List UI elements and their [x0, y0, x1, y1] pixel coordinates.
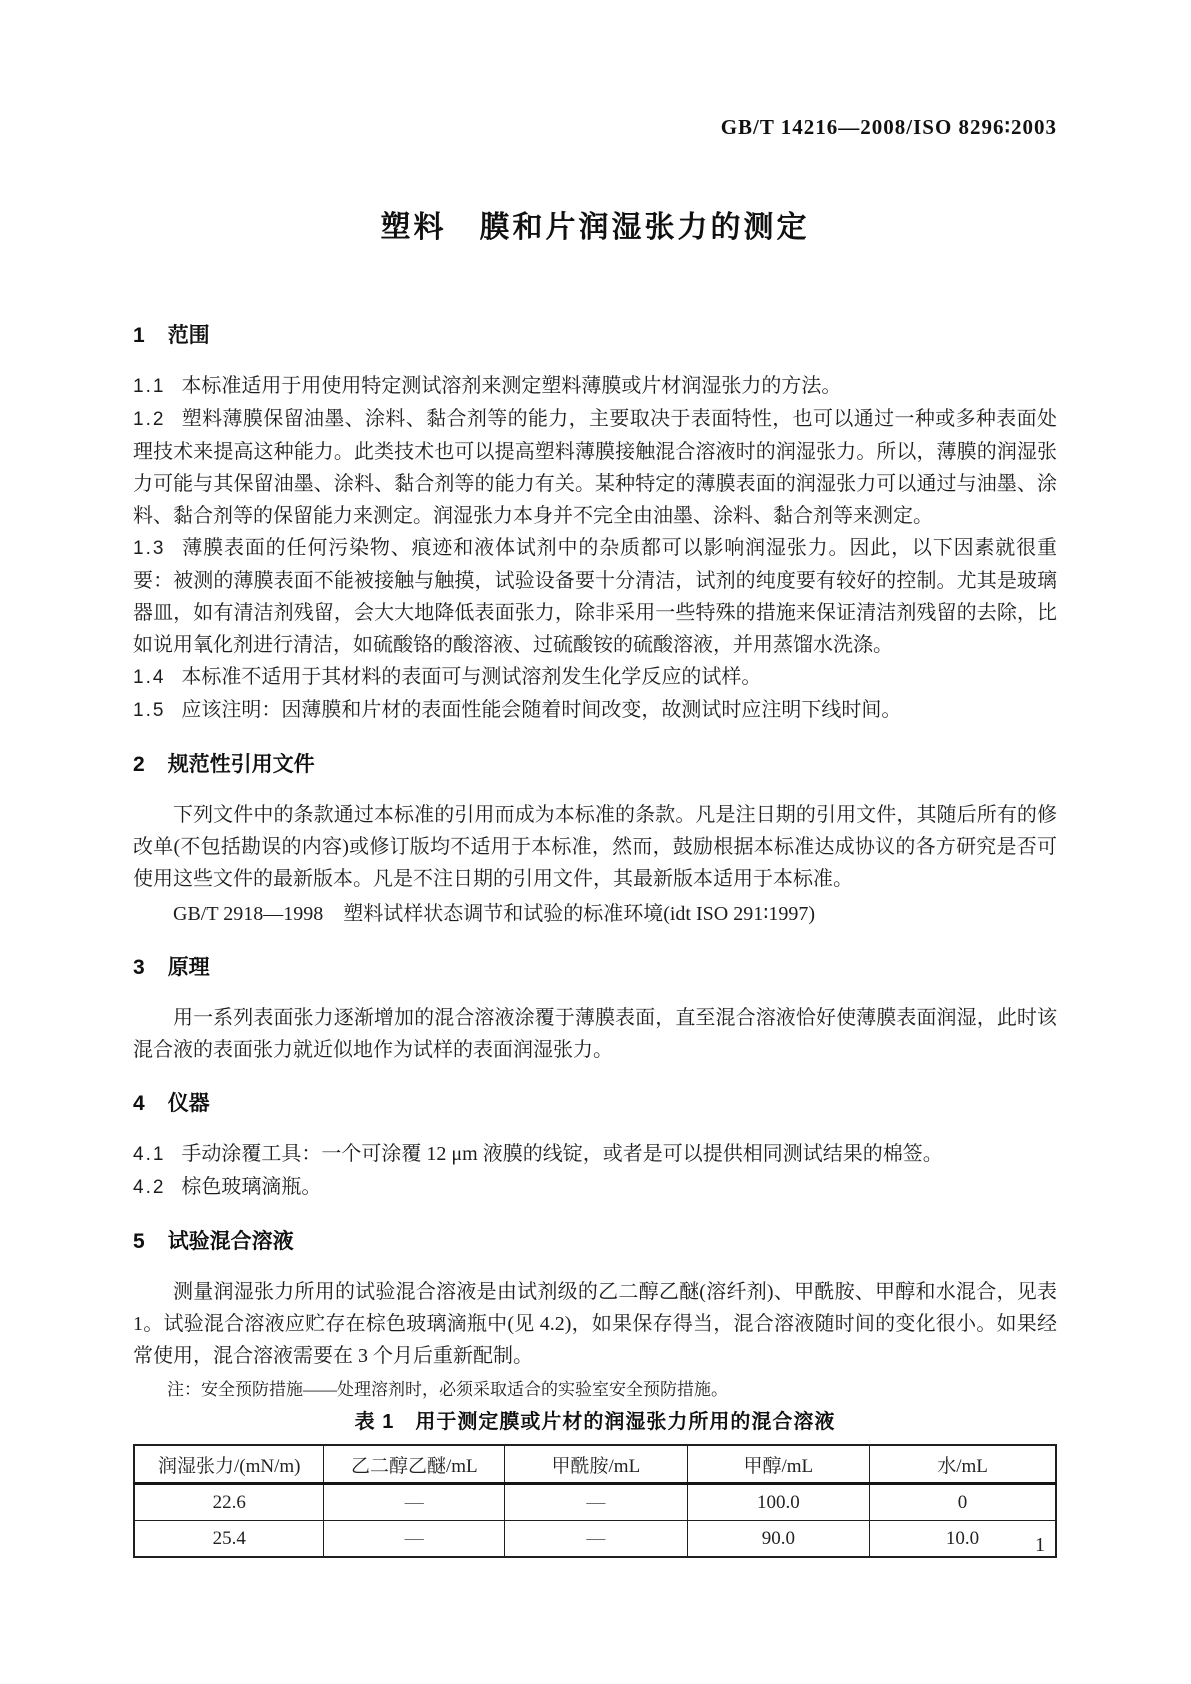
clause-text: 塑料薄膜保留油墨、涂料、黏合剂等的能力，主要取决于表面特性，也可以通过一种或多种…: [133, 408, 1057, 527]
document-page: GB/T 14216—2008/ISO 8296∶2003 塑料 膜和片润湿张力…: [0, 0, 1191, 1684]
clause-text: 薄膜表面的任何污染物、痕迹和液体试剂中的杂质都可以影响润湿张力。因此，以下因素就…: [133, 537, 1057, 656]
clause-text: 手动涂覆工具：一个可涂覆 12 μm 液膜的线锭，或者是可以提供相同测试结果的棉…: [181, 1143, 942, 1165]
col-header-wetting-tension: 润湿张力/(mN/m): [134, 1445, 324, 1484]
safety-note: 注：安全预防措施——处理溶剂时，必须采取适合的实验室安全预防措施。: [133, 1377, 1057, 1403]
section-solutions-heading: 5 试验混合溶液: [133, 1230, 1057, 1254]
section-apparatus-heading: 4 仪器: [133, 1092, 1057, 1116]
document-title: 塑料 膜和片润湿张力的测定: [133, 210, 1057, 246]
clause-label: 1.4: [133, 667, 165, 688]
col-header-water: 水/mL: [870, 1445, 1056, 1484]
section-title: 试验混合溶液: [168, 1230, 294, 1254]
section-title: 范围: [168, 324, 210, 348]
section-references: 2 规范性引用文件 下列文件中的条款通过本标准的引用而成为本标准的条款。凡是注日…: [133, 753, 1057, 930]
clause-text: 本标准不适用于其材料的表面可与测试溶剂发生化学反应的试样。: [181, 666, 761, 688]
clause-text: 棕色玻璃滴瓶。: [181, 1176, 321, 1198]
table-row: 25.4 — — 90.0 10.0: [134, 1521, 1056, 1558]
section-number: 1: [133, 324, 146, 348]
section-title: 仪器: [168, 1092, 210, 1116]
standard-code: GB/T 14216—2008/ISO 8296∶2003: [133, 0, 1057, 140]
table-caption: 表 1 用于测定膜或片材的润湿张力所用的混合溶液: [133, 1410, 1057, 1434]
clause-text: 应该注明：因薄膜和片材的表面性能会随着时间改变，故测试时应注明下线时间。: [181, 699, 901, 721]
cell-wetting-tension: 25.4: [134, 1521, 324, 1558]
table-header-row: 润湿张力/(mN/m) 乙二醇乙醚/mL 甲酰胺/mL 甲醇/mL 水/mL: [134, 1445, 1056, 1484]
cell-water: 10.0: [870, 1521, 1056, 1558]
col-header-methanol: 甲醇/mL: [687, 1445, 869, 1484]
cell-glycol-ether: —: [324, 1521, 505, 1558]
section-number: 5: [133, 1230, 146, 1254]
clause-label: 4.1: [133, 1144, 165, 1165]
cell-water: 0: [870, 1484, 1056, 1521]
clause-1-1: 1.1本标准适用于用使用特定测试溶剂来测定塑料薄膜或片材润湿张力的方法。: [133, 370, 1057, 403]
section-principle: 3 原理 用一系列表面张力逐渐增加的混合溶液涂覆于薄膜表面，直至混合溶液恰好使薄…: [133, 956, 1057, 1066]
page-content: GB/T 14216—2008/ISO 8296∶2003 塑料 膜和片润湿张力…: [133, 0, 1057, 1558]
section-principle-heading: 3 原理: [133, 956, 1057, 980]
section-title: 规范性引用文件: [168, 753, 315, 777]
clause-4-1: 4.1手动涂覆工具：一个可涂覆 12 μm 液膜的线锭，或者是可以提供相同测试结…: [133, 1138, 1057, 1171]
clause-1-5: 1.5应该注明：因薄膜和片材的表面性能会随着时间改变，故测试时应注明下线时间。: [133, 694, 1057, 727]
cell-formamide: —: [505, 1521, 687, 1558]
clause-1-2: 1.2塑料薄膜保留油墨、涂料、黏合剂等的能力，主要取决于表面特性，也可以通过一种…: [133, 403, 1057, 532]
clause-text: 本标准适用于用使用特定测试溶剂来测定塑料薄膜或片材润湿张力的方法。: [181, 375, 841, 397]
section-number: 4: [133, 1092, 146, 1116]
solutions-paragraph: 测量润湿张力所用的试验混合溶液是由试剂级的乙二醇乙醚(溶纤剂)、甲酰胺、甲醇和水…: [133, 1276, 1057, 1372]
clause-label: 1.1: [133, 376, 165, 397]
clause-4-2: 4.2棕色玻璃滴瓶。: [133, 1171, 1057, 1204]
cell-glycol-ether: —: [324, 1484, 505, 1521]
section-number: 2: [133, 753, 146, 777]
section-apparatus: 4 仪器 4.1手动涂覆工具：一个可涂覆 12 μm 液膜的线锭，或者是可以提供…: [133, 1092, 1057, 1204]
principle-paragraph: 用一系列表面张力逐渐增加的混合溶液涂覆于薄膜表面，直至混合溶液恰好使薄膜表面润湿…: [133, 1002, 1057, 1066]
clause-1-3: 1.3薄膜表面的任何污染物、痕迹和液体试剂中的杂质都可以影响润湿张力。因此，以下…: [133, 532, 1057, 661]
clause-label: 4.2: [133, 1177, 165, 1198]
col-header-glycol-ether: 乙二醇乙醚/mL: [324, 1445, 505, 1484]
section-title: 原理: [168, 956, 210, 980]
col-header-formamide: 甲酰胺/mL: [505, 1445, 687, 1484]
clause-label: 1.5: [133, 700, 165, 721]
section-references-heading: 2 规范性引用文件: [133, 753, 1057, 777]
table-row: 22.6 — — 100.0 0: [134, 1484, 1056, 1521]
clause-label: 1.2: [133, 409, 165, 430]
cell-formamide: —: [505, 1484, 687, 1521]
cell-methanol: 100.0: [687, 1484, 869, 1521]
section-solutions: 5 试验混合溶液 测量润湿张力所用的试验混合溶液是由试剂级的乙二醇乙醚(溶纤剂)…: [133, 1230, 1057, 1558]
clause-1-4: 1.4本标准不适用于其材料的表面可与测试溶剂发生化学反应的试样。: [133, 661, 1057, 694]
normative-reference: GB/T 2918—1998 塑料试样状态调节和试验的标准环境(idt ISO …: [133, 898, 1057, 930]
cell-methanol: 90.0: [687, 1521, 869, 1558]
solutions-table: 润湿张力/(mN/m) 乙二醇乙醚/mL 甲酰胺/mL 甲醇/mL 水/mL 2…: [133, 1444, 1057, 1558]
clause-label: 1.3: [133, 538, 165, 559]
references-paragraph: 下列文件中的条款通过本标准的引用而成为本标准的条款。凡是注日期的引用文件，其随后…: [133, 799, 1057, 895]
section-scope: 1 范围 1.1本标准适用于用使用特定测试溶剂来测定塑料薄膜或片材润湿张力的方法…: [133, 324, 1057, 727]
cell-wetting-tension: 22.6: [134, 1484, 324, 1521]
page-number: 1: [1035, 1532, 1045, 1558]
section-number: 3: [133, 956, 146, 980]
section-scope-heading: 1 范围: [133, 324, 1057, 348]
